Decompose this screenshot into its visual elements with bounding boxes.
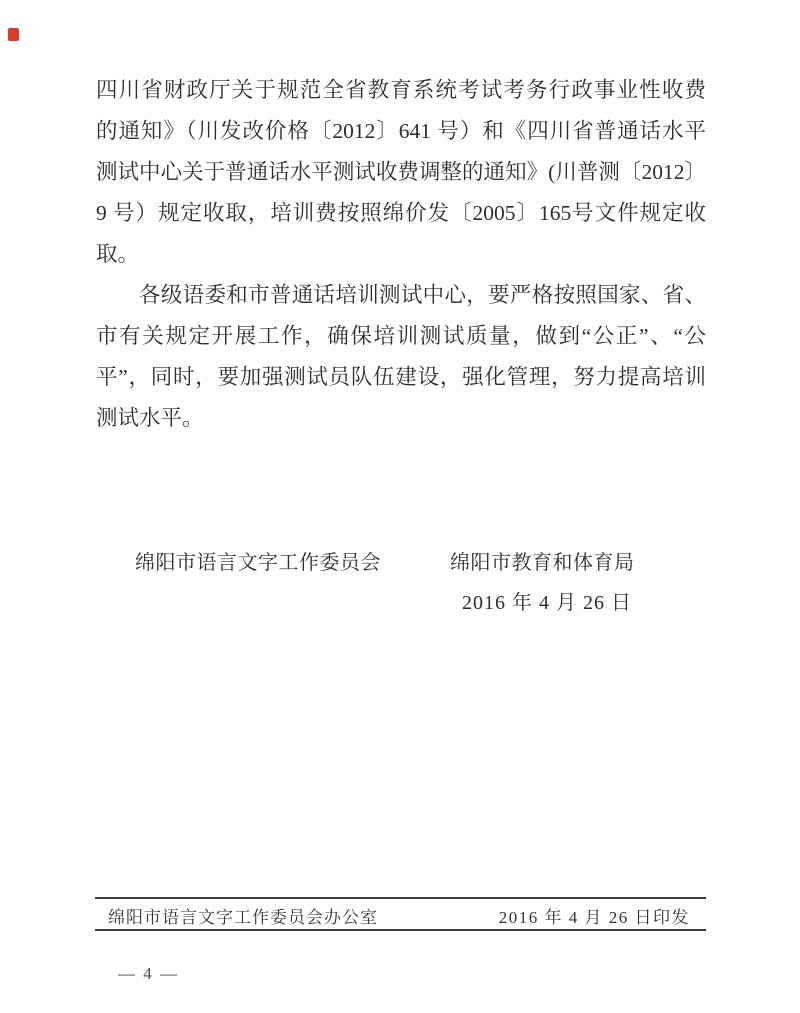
footer-row: 绵阳市语言文字工作委员会办公室 2016 年 4 月 26 日印发 bbox=[95, 903, 706, 928]
document-page: 四川省财政厅关于规范全省教育系统考试考务行政事业性收费 的通知》（川发改价格〔2… bbox=[0, 0, 800, 1013]
body-line: 的通知》（川发改价格〔2012〕641 号）和《四川省普通话水平 bbox=[96, 111, 706, 152]
body-line: 市有关规定开展工作，确保培训测试质量，做到“公正”、“公 bbox=[96, 316, 706, 357]
signature-org-left: 绵阳市语言文字工作委员会 bbox=[135, 546, 381, 575]
footer-print-date: 2016 年 4 月 26 日印发 bbox=[499, 903, 706, 928]
document-body: 四川省财政厅关于规范全省教育系统考试考务行政事业性收费 的通知》（川发改价格〔2… bbox=[96, 70, 706, 439]
footer-issuer: 绵阳市语言文字工作委员会办公室 bbox=[95, 903, 378, 928]
signature-org-right: 绵阳市教育和体育局 bbox=[450, 546, 635, 575]
red-seal-mark bbox=[8, 28, 19, 41]
footer-rule-top bbox=[95, 897, 706, 899]
signature-date: 2016 年 4 月 26 日 bbox=[462, 586, 632, 615]
body-line: 9 号）规定收取，培训费按照绵价发〔2005〕165号文件规定收 bbox=[96, 193, 706, 234]
footer-rule-bottom bbox=[95, 929, 706, 931]
page-number: — 4 — bbox=[118, 964, 179, 984]
body-line: 取。 bbox=[96, 234, 706, 275]
body-line: 各级语委和市普通话培训测试中心，要严格按照国家、省、 bbox=[96, 275, 706, 316]
body-line: 平”，同时，要加强测试员队伍建设，强化管理，努力提高培训 bbox=[96, 357, 706, 398]
body-line: 测试中心关于普通话水平测试收费调整的通知》(川普测〔2012〕 bbox=[96, 152, 706, 193]
body-line: 测试水平。 bbox=[96, 398, 706, 439]
body-line: 四川省财政厅关于规范全省教育系统考试考务行政事业性收费 bbox=[96, 70, 706, 111]
